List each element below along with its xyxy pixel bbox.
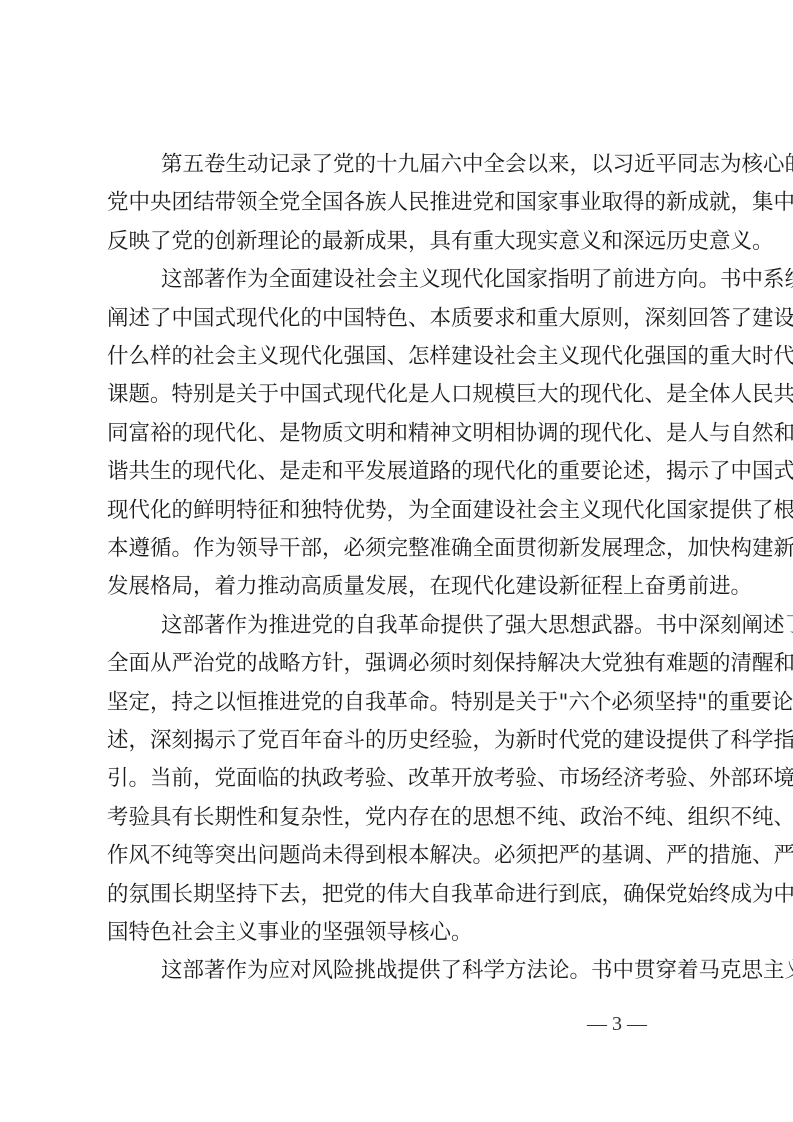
text-line: 作风不纯等突出问题尚未得到根本解决。必须把严的基调、严的措施、严	[107, 837, 701, 875]
text-line: 党中央团结带领全党全国各族人民推进党和国家事业取得的新成就，集中	[107, 184, 701, 222]
text-line: 什么样的社会主义现代化强国、怎样建设社会主义现代化强国的重大时代	[107, 338, 701, 376]
text-line: 课题。特别是关于中国式现代化是人口规模巨大的现代化、是全体人民共	[107, 376, 701, 414]
text-line: 阐述了中国式现代化的中国特色、本质要求和重大原则，深刻回答了建设	[107, 300, 701, 338]
text-line: 这部著作为应对风险挑战提供了科学方法论。书中贯穿着马克思主义	[107, 952, 701, 990]
text-line: 国特色社会主义事业的坚强领导核心。	[107, 914, 701, 952]
text-line: 发展格局，着力推动高质量发展，在现代化建设新征程上奋勇前进。	[107, 568, 701, 606]
text-line: 全面从严治党的战略方针，强调必须时刻保持解决大党独有难题的清醒和	[107, 645, 701, 683]
text-line: 引。当前，党面临的执政考验、改革开放考验、市场经济考验、外部环境	[107, 760, 701, 798]
text-line: 谐共生的现代化、是走和平发展道路的现代化的重要论述，揭示了中国式	[107, 453, 701, 491]
text-line: 述，深刻揭示了党百年奋斗的历史经验，为新时代党的建设提供了科学指	[107, 722, 701, 760]
text-line: 反映了党的创新理论的最新成果，具有重大现实意义和深远历史意义。	[107, 223, 701, 261]
text-line: 第五卷生动记录了党的十九届六中全会以来，以习近平同志为核心的	[107, 146, 701, 184]
text-line: 的氛围长期坚持下去，把党的伟大自我革命进行到底，确保党始终成为中	[107, 876, 701, 914]
text-line: 现代化的鲜明特征和独特优势，为全面建设社会主义现代化国家提供了根	[107, 492, 701, 530]
text-line: 同富裕的现代化、是物质文明和精神文明相协调的现代化、是人与自然和	[107, 415, 701, 453]
text-line: 本遵循。作为领导干部，必须完整准确全面贯彻新发展理念，加快构建新	[107, 530, 701, 568]
text-line: 这部著作为推进党的自我革命提供了强大思想武器。书中深刻阐述了	[107, 607, 701, 645]
page-number: — 3 —	[587, 1013, 687, 1036]
text-line: 这部著作为全面建设社会主义现代化国家指明了前进方向。书中系统	[107, 261, 701, 299]
text-line: 考验具有长期性和复杂性，党内存在的思想不纯、政治不纯、组织不纯、	[107, 799, 701, 837]
text-line: 坚定，持之以恒推进党的自我革命。特别是关于"六个必须坚持"的重要论	[107, 684, 701, 722]
